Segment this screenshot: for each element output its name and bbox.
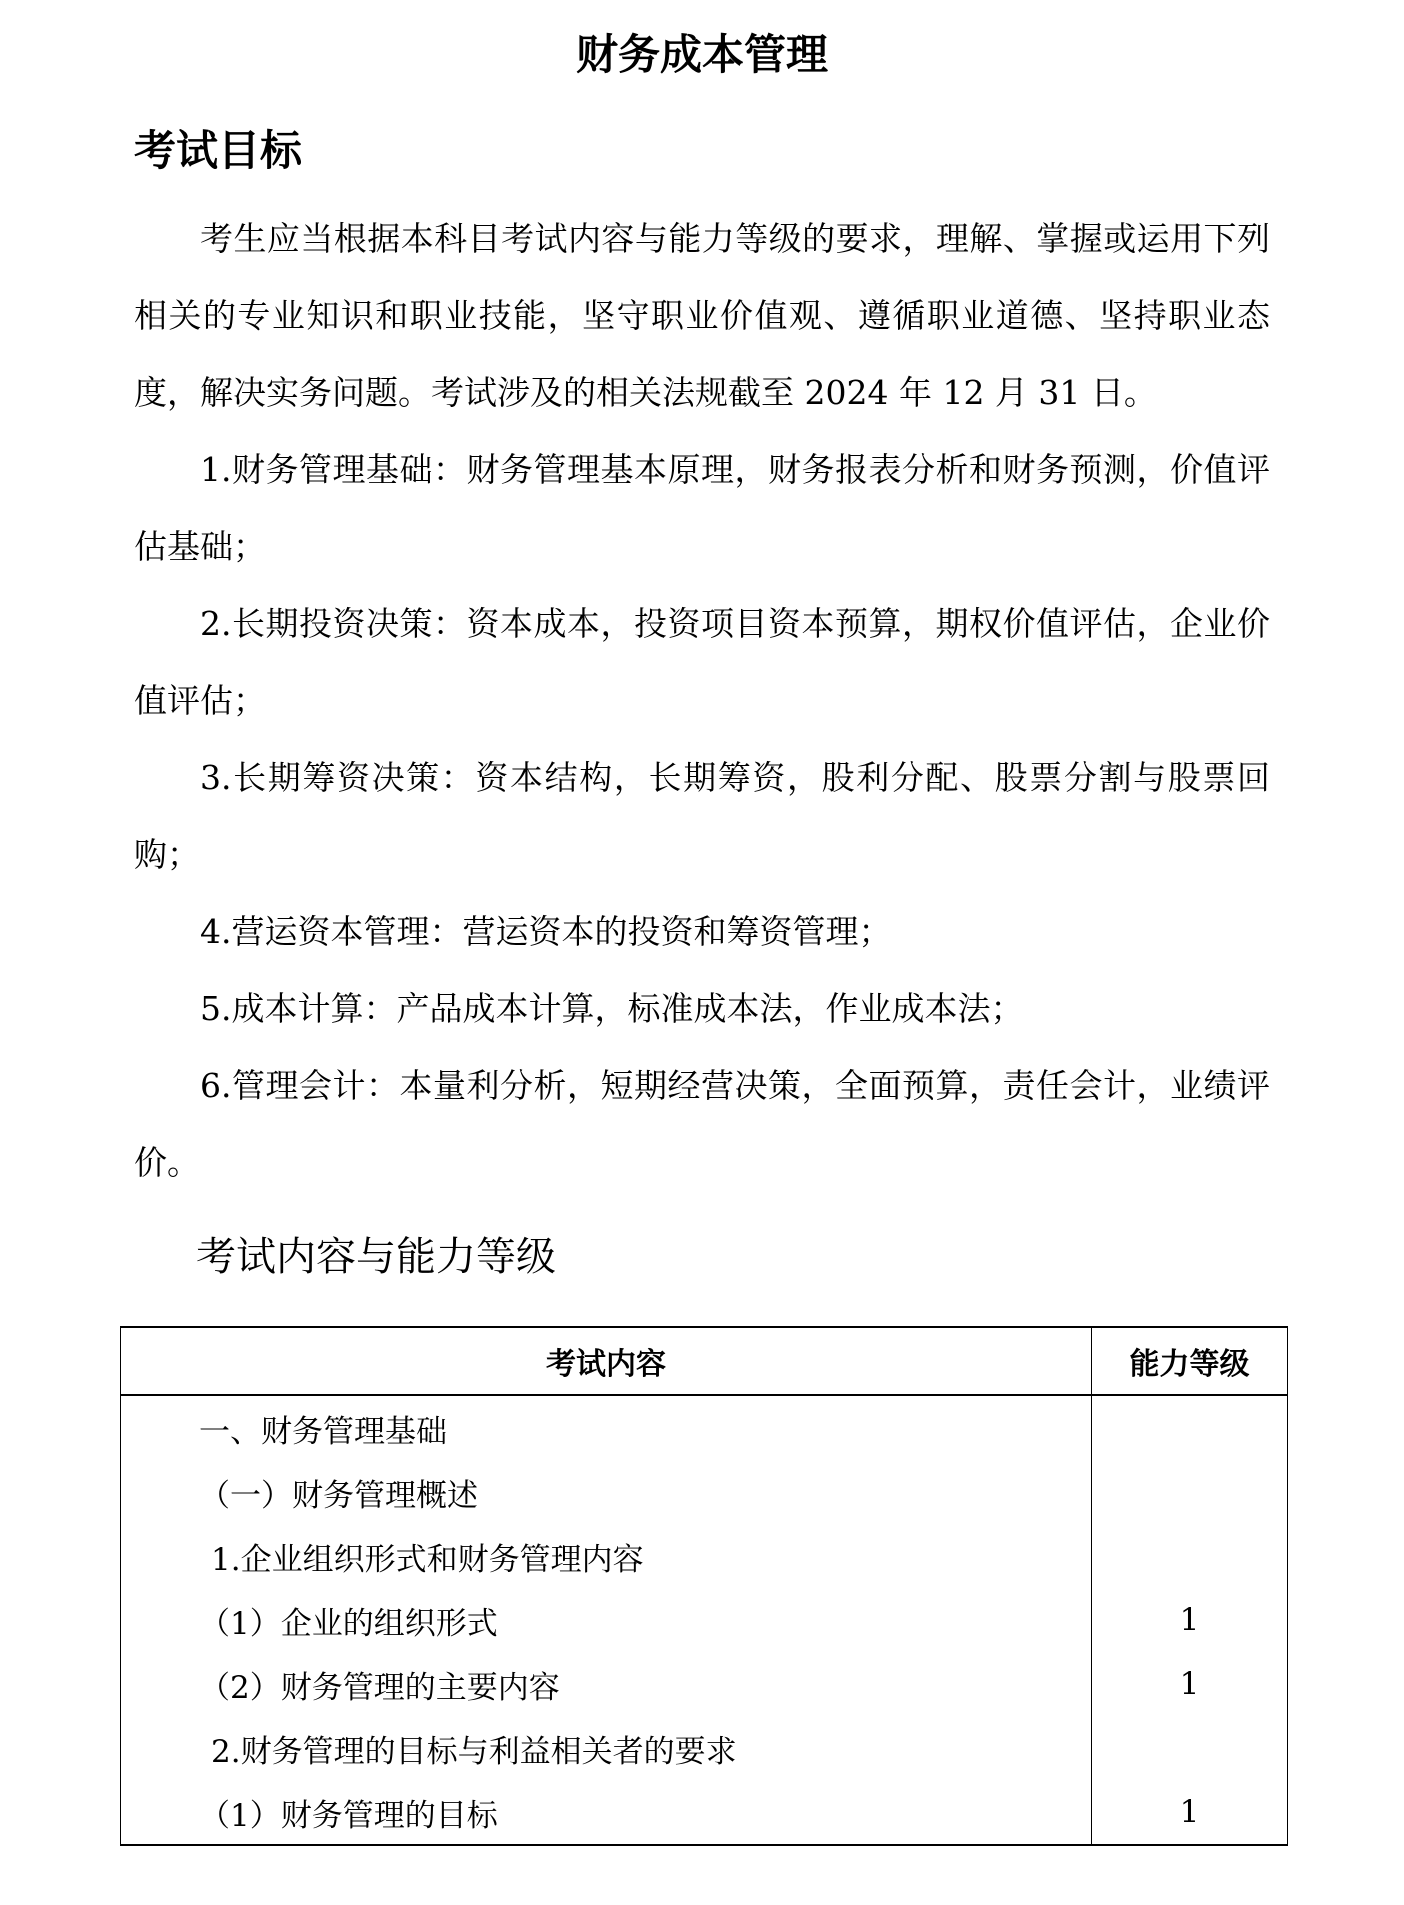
content-cell: （一）财务管理概述 — [121, 1460, 1092, 1524]
table-row: （1）企业的组织形式1 — [121, 1588, 1288, 1652]
paragraph: 5.成本计算：产品成本计算，标准成本法，作业成本法； — [134, 970, 1270, 1047]
table-row: （一）财务管理概述 — [121, 1460, 1288, 1524]
content-cell: 1.企业组织形式和财务管理内容 — [121, 1524, 1092, 1588]
level-cell: 1 — [1092, 1780, 1288, 1845]
content-cell: （1）企业的组织形式 — [121, 1588, 1092, 1652]
table-row: （2）财务管理的主要内容1 — [121, 1652, 1288, 1716]
column-header-level: 能力等级 — [1092, 1327, 1288, 1395]
level-cell — [1092, 1524, 1288, 1588]
level-cell — [1092, 1395, 1288, 1460]
paragraph: 考生应当根据本科目考试内容与能力等级的要求，理解、掌握或运用下列相关的专业知识和… — [134, 200, 1270, 431]
content-cell: （2）财务管理的主要内容 — [121, 1652, 1092, 1716]
content-level-table: 考试内容 能力等级 一、财务管理基础 （一）财务管理概述 1.企业组织形式和财务… — [120, 1326, 1288, 1846]
paragraph: 1.财务管理基础：财务管理基本原理，财务报表分析和财务预测，价值评估基础； — [134, 431, 1270, 585]
column-header-content: 考试内容 — [121, 1327, 1092, 1395]
content-cell: （1）财务管理的目标 — [121, 1780, 1092, 1845]
level-cell: 1 — [1092, 1652, 1288, 1716]
content-cell: 一、财务管理基础 — [121, 1395, 1092, 1460]
paragraph: 4.营运资本管理：营运资本的投资和筹资管理； — [134, 893, 1270, 970]
level-cell: 1 — [1092, 1588, 1288, 1652]
paragraph: 3.长期筹资决策：资本结构，长期筹资，股利分配、股票分割与股票回购； — [134, 739, 1270, 893]
section-heading-content-levels: 考试内容与能力等级 — [196, 1225, 556, 1282]
table-row: 1.企业组织形式和财务管理内容 — [121, 1524, 1288, 1588]
paragraph: 6.管理会计：本量利分析，短期经营决策，全面预算，责任会计，业绩评价。 — [134, 1047, 1270, 1201]
document-title: 财务成本管理 — [0, 22, 1404, 82]
objectives-body: 考生应当根据本科目考试内容与能力等级的要求，理解、掌握或运用下列相关的专业知识和… — [134, 200, 1270, 1201]
content-cell: 2.财务管理的目标与利益相关者的要求 — [121, 1716, 1092, 1780]
section-heading-exam-objectives: 考试目标 — [134, 118, 302, 178]
table-row: 2.财务管理的目标与利益相关者的要求 — [121, 1716, 1288, 1780]
paragraph: 2.长期投资决策：资本成本，投资项目资本预算，期权价值评估，企业价值评估； — [134, 585, 1270, 739]
table-row: 一、财务管理基础 — [121, 1395, 1288, 1460]
level-cell — [1092, 1716, 1288, 1780]
level-cell — [1092, 1460, 1288, 1524]
table-row: （1）财务管理的目标1 — [121, 1780, 1288, 1845]
